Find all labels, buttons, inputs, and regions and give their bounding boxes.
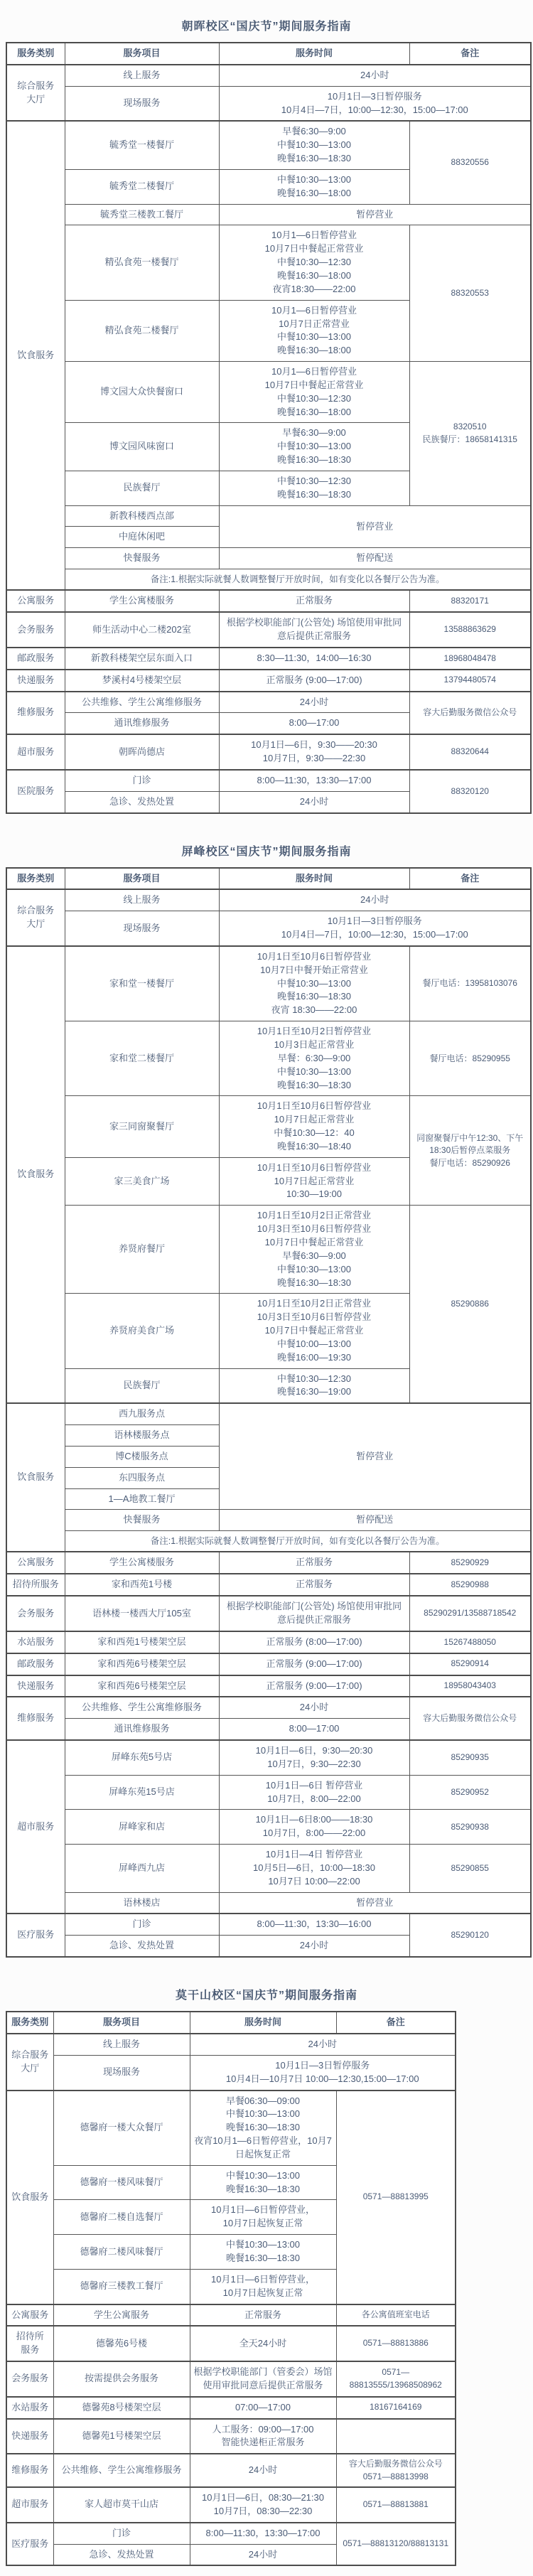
- service-time-cell: 中餐10:30—13:00 晚餐16:30—18:30: [190, 2235, 336, 2270]
- remark-cell: 8320510 民族餐厅：18658141315: [409, 362, 531, 506]
- service-time-cell: 10月1日至10月6日暂停营业 10月7日起正常营业 中餐10:30—12：40…: [219, 1096, 409, 1157]
- service-item-cell: 家和西苑6号楼架空层: [65, 1675, 219, 1697]
- service-item-cell: 毓秀堂三楼教工餐厅: [65, 204, 219, 225]
- zhaohui-table-title: 朝晖校区“国庆节”期间服务指南: [6, 17, 527, 33]
- remark-cell: 容大后勤服务微信公众号 0571—88813998: [336, 2454, 456, 2487]
- service-time-cell: 8:00—17:00: [219, 1719, 409, 1740]
- campus-section-pingfeng: 屏峰校区“国庆节”期间服务指南 服务类别服务项目服务时间备注综合服务 大厅线上服…: [6, 842, 533, 1958]
- header-cell: 备注: [336, 2012, 456, 2034]
- service-time-cell: 10月1日—3日暂停服务 10月4日—7日，10:00—12:30，15:00—…: [219, 911, 531, 946]
- category-cell: 医院服务: [6, 770, 65, 813]
- header-cell: 服务时间: [219, 43, 409, 65]
- service-item-cell: 德馨苑6号楼: [53, 2326, 190, 2361]
- service-time-cell: 中餐10:30—13:00 晚餐16:30—18:30: [190, 2165, 336, 2200]
- service-time-cell: 暂停营业: [219, 1892, 531, 1914]
- remark-cell: 85290914: [409, 1653, 531, 1675]
- service-item-cell: 毓秀堂一楼餐厅: [65, 121, 219, 169]
- moganshan-service-table: 服务类别服务项目服务时间备注综合服务 大厅线上服务24小时现场服务10月1日—3…: [6, 2011, 456, 2566]
- pingfeng-table-title: 屏峰校区“国庆节”期间服务指南: [6, 842, 527, 859]
- category-cell: 会务服务: [6, 612, 65, 648]
- remark-cell: 88320556: [409, 121, 531, 204]
- service-item-cell: 新教科楼架空层东面入口: [65, 648, 219, 670]
- header-cell: 服务项目: [53, 2012, 190, 2034]
- service-time-cell: 10月1日—3日暂停服务 10月4日—7日，10:00—12:30，15:00—…: [219, 86, 531, 121]
- service-item-cell: 朝晖尚德店: [65, 734, 219, 770]
- category-cell: 快递服务: [6, 1675, 65, 1697]
- service-item-cell: 公共维修、学生公寓维修服务: [65, 692, 219, 713]
- remark-cell: 85290938: [409, 1810, 531, 1845]
- service-item-cell: 中庭休闲吧: [65, 527, 219, 548]
- service-item-cell: 德馨府一楼大众餐厅: [53, 2091, 190, 2166]
- service-time-cell: 24小时: [219, 889, 531, 911]
- service-time-cell: 10月1日—6日，9:30——20:30 10月7日，9:30——22:30: [219, 734, 409, 770]
- service-item-cell: 家和西苑1号楼架空层: [65, 1631, 219, 1653]
- service-time-cell: 正常服务: [219, 590, 409, 612]
- service-time-cell: 10月1日—6日8:00——18:30 10月7日，8:00——22:00: [219, 1810, 409, 1845]
- remark-cell: [336, 2419, 456, 2454]
- remark-cell: 88320644: [409, 734, 531, 770]
- remark-cell: 容大后勤服务微信公众号: [409, 1697, 531, 1740]
- remark-cell: 85290886: [409, 1206, 531, 1403]
- service-time-cell: 24小时: [190, 2454, 336, 2487]
- remark-cell: 同窗聚餐厅中午12:30、下午18:30后暂停点菜服务 餐厅电话：8529092…: [409, 1096, 531, 1206]
- service-item-cell: 公共维修、学生公寓维修服务: [65, 1697, 219, 1718]
- category-cell: 会务服务: [6, 2361, 53, 2397]
- service-item-cell: 养贤府餐厅: [65, 1206, 219, 1294]
- service-time-cell: 24小时: [219, 791, 409, 812]
- service-item-cell: 屏峰家和店: [65, 1810, 219, 1845]
- service-item-cell: 博C楼服务点: [65, 1446, 219, 1467]
- category-cell: 超市服务: [6, 2487, 53, 2523]
- service-time-cell: 暂停配送: [219, 1510, 531, 1531]
- service-item-cell: 师生活动中心二楼202室: [65, 612, 219, 648]
- service-time-cell: 正常服务 (8:00—17:00): [219, 1631, 409, 1653]
- remark-cell: 88320553: [409, 225, 531, 362]
- service-item-cell: 精弘食苑二楼餐厅: [65, 300, 219, 361]
- service-time-cell: 10月1日—6日，08:30—21:30 10月7日，08:30—22:30: [190, 2487, 336, 2523]
- service-time-cell: 暂停配送: [219, 548, 531, 569]
- remark-cell: 0571—88813886: [336, 2326, 456, 2361]
- service-item-cell: 东四服务点: [65, 1467, 219, 1488]
- category-cell: 招待所服务: [6, 1574, 65, 1596]
- service-time-cell: 8:00—11:30，13:30—17:00: [219, 770, 409, 791]
- service-time-cell: 早餐06:30—09:00 中餐10:30—13:00 晚餐16:30—18:3…: [190, 2091, 336, 2166]
- category-cell: 饮食服务: [6, 1403, 65, 1552]
- service-time-cell: 中餐10:30—12:30 晚餐16:30—19:00: [219, 1368, 409, 1403]
- service-item-cell: 家三美食广场: [65, 1157, 219, 1206]
- category-cell: 水站服务: [6, 2397, 53, 2419]
- service-item-cell: 学生公寓服务: [53, 2304, 190, 2327]
- category-cell: 综合服务 大厅: [6, 65, 65, 122]
- service-item-cell: 民族餐厅: [65, 1368, 219, 1403]
- remark-cell: 18958043403: [409, 1675, 531, 1697]
- service-time-cell: 早餐6:30—9:00 中餐10:30—13:00 晚餐16:30—18:30: [219, 423, 409, 471]
- service-item-cell: 门诊: [53, 2523, 190, 2544]
- service-item-cell: 德馨府二楼风味餐厅: [53, 2235, 190, 2270]
- service-item-cell: 德馨府一楼风味餐厅: [53, 2165, 190, 2200]
- service-item-cell: 家和堂一楼餐厅: [65, 946, 219, 1021]
- service-time-cell: 10月1日—6日暂停营业， 10月7日起恢复正常: [190, 2269, 336, 2304]
- service-time-cell: 正常服务 (9:00—17:00): [219, 670, 409, 692]
- remark-cell: 85290120: [409, 1914, 531, 1957]
- category-cell: 医疗服务: [6, 2523, 53, 2566]
- service-item-cell: 家和西苑6号楼架空层: [65, 1653, 219, 1675]
- category-cell: 饮食服务: [6, 121, 65, 590]
- category-cell: 维修服务: [6, 1697, 65, 1740]
- service-item-cell: 通讯维修服务: [65, 713, 219, 734]
- service-item-cell: 1—A地教工餐厅: [65, 1488, 219, 1510]
- service-item-cell: 家人超市莫干山店: [53, 2487, 190, 2523]
- footnote-cell: 备注:1.根据实际就餐人数调整餐厅开放时间，如有变化以各餐厅公告为准。: [65, 1531, 531, 1552]
- service-item-cell: 按需提供会务服务: [53, 2361, 190, 2397]
- category-cell: 公寓服务: [6, 2304, 53, 2327]
- service-item-cell: 西九服务点: [65, 1403, 219, 1424]
- remark-cell: 88320171: [409, 590, 531, 612]
- pingfeng-service-table: 服务类别服务项目服务时间备注综合服务 大厅线上服务24小时现场服务10月1日—3…: [6, 867, 532, 1958]
- service-time-cell: 正常服务 (9:00—17:00): [219, 1675, 409, 1697]
- service-time-cell: 中餐10:30—13:00 晚餐16:30—18:00: [219, 169, 409, 204]
- service-item-cell: 精弘食苑一楼餐厅: [65, 225, 219, 300]
- service-item-cell: 线上服务: [53, 2034, 190, 2055]
- service-time-cell: 10月1日至10月2日正常营业 10月3日至10月6日暂停营业 10月7日中餐起…: [219, 1206, 409, 1294]
- service-item-cell: 语林楼一楼西大厅105室: [65, 1596, 219, 1631]
- service-item-cell: 语林楼店: [65, 1892, 219, 1914]
- service-item-cell: 屏峰东苑15号店: [65, 1775, 219, 1810]
- header-cell: 服务时间: [190, 2012, 336, 2034]
- category-cell: 维修服务: [6, 2454, 53, 2487]
- service-time-cell: 24小时: [190, 2544, 336, 2565]
- header-cell: 服务时间: [219, 868, 409, 890]
- service-time-cell: 10月1—6日暂停营业 10月7日中餐起正常营业 中餐10:30—12:30 晚…: [219, 362, 409, 423]
- category-cell: 饮食服务: [6, 946, 65, 1403]
- service-guide-page: 朝晖校区“国庆节”期间服务指南 服务类别服务项目服务时间备注综合服务 大厅线上服…: [0, 0, 533, 2576]
- remark-cell: 18167164169: [336, 2397, 456, 2419]
- service-time-cell: 10月1—6日暂停营业 10月7日正常营业 中餐10:30—13:00 晚餐16…: [219, 300, 409, 361]
- service-item-cell: 急诊、发热处置: [65, 1936, 219, 1957]
- remark-cell: 85290291/13588718542: [409, 1596, 531, 1631]
- category-cell: 维修服务: [6, 692, 65, 735]
- service-time-cell: 24小时: [219, 1936, 409, 1957]
- campus-section-moganshan: 莫干山校区“国庆节”期间服务指南 服务类别服务项目服务时间备注综合服务 大厅线上…: [6, 1986, 533, 2566]
- service-time-cell: 10月1日至10月2日正常营业 10月3日至10月6日暂停营业 10月7日中餐起…: [219, 1294, 409, 1368]
- service-time-cell: 正常服务: [190, 2304, 336, 2327]
- category-cell: 邮政服务: [6, 648, 65, 670]
- service-item-cell: 屏峰东苑5号店: [65, 1740, 219, 1775]
- header-cell: 服务类别: [6, 2012, 53, 2034]
- service-time-cell: 24小时: [219, 692, 409, 713]
- category-cell: 超市服务: [6, 1740, 65, 1914]
- category-cell: 医疗服务: [6, 1914, 65, 1957]
- service-time-cell: 10月1日—6日，9:30—20:30 10月7日，9:30—22:30: [219, 1740, 409, 1775]
- category-cell: 饮食服务: [6, 2091, 53, 2304]
- category-cell: 水站服务: [6, 1631, 65, 1653]
- remark-cell: 88320120: [409, 770, 531, 813]
- campus-section-zhaohui: 朝晖校区“国庆节”期间服务指南 服务类别服务项目服务时间备注综合服务 大厅线上服…: [6, 17, 533, 814]
- service-item-cell: 线上服务: [65, 65, 219, 86]
- remark-cell: 85290952: [409, 1775, 531, 1810]
- service-item-cell: 梦溪村4号楼架空层: [65, 670, 219, 692]
- service-item-cell: 养贤府美食广场: [65, 1294, 219, 1368]
- service-time-cell: 8:00—11:30，13:30—17:00: [190, 2523, 336, 2544]
- category-cell: 公寓服务: [6, 1552, 65, 1574]
- service-item-cell: 现场服务: [65, 86, 219, 121]
- service-time-cell: 暂停营业: [219, 505, 531, 548]
- service-time-cell: 暂停营业: [219, 204, 531, 225]
- service-item-cell: 急诊、发热处置: [53, 2544, 190, 2565]
- service-item-cell: 线上服务: [65, 889, 219, 911]
- service-item-cell: 通讯维修服务: [65, 1719, 219, 1740]
- category-cell: 超市服务: [6, 734, 65, 770]
- service-time-cell: 24小时: [190, 2034, 456, 2055]
- service-time-cell: 10月1日—4日 暂停营业 10月5日—6日，10:00—18:30 10月7日…: [219, 1845, 409, 1893]
- service-item-cell: 门诊: [65, 1914, 219, 1935]
- service-item-cell: 门诊: [65, 770, 219, 791]
- service-time-cell: 全天24小时: [190, 2326, 336, 2361]
- remark-cell: 85290855: [409, 1845, 531, 1893]
- category-cell: 综合服务 大厅: [6, 889, 65, 946]
- header-cell: 服务类别: [6, 43, 65, 65]
- moganshan-table-title: 莫干山校区“国庆节”期间服务指南: [6, 1986, 527, 2002]
- category-cell: 综合服务 大厅: [6, 2034, 53, 2091]
- service-item-cell: 德馨府三楼教工餐厅: [53, 2269, 190, 2304]
- category-cell: 会务服务: [6, 1596, 65, 1631]
- remark-cell: 0571—88813995: [336, 2091, 456, 2304]
- service-item-cell: 家和西苑1号楼: [65, 1574, 219, 1596]
- category-cell: 邮政服务: [6, 1653, 65, 1675]
- zhaohui-service-table: 服务类别服务项目服务时间备注综合服务 大厅线上服务24小时现场服务10月1日—3…: [6, 42, 532, 814]
- category-cell: 快递服务: [6, 2419, 53, 2454]
- service-time-cell: 10月1日—6日暂停营业， 10月7日起恢复正常: [190, 2200, 336, 2235]
- service-time-cell: 正常服务: [219, 1552, 409, 1574]
- service-item-cell: 学生公寓楼服务: [65, 1552, 219, 1574]
- service-item-cell: 快餐服务: [65, 1510, 219, 1531]
- service-time-cell: 10月1日至10月6日暂停营业 10月7日中餐开始正常营业 中餐10:30—13…: [219, 946, 409, 1021]
- category-cell: 公寓服务: [6, 590, 65, 612]
- remark-cell: 85290935: [409, 1740, 531, 1775]
- service-time-cell: 暂停营业: [219, 1403, 531, 1510]
- service-time-cell: 10月1日至10月6日暂停营业 10月7日起正常营业 10:30—19:00: [219, 1157, 409, 1206]
- service-time-cell: 10月1日至10月2日暂停营业 10月3日起正常营业 早餐：6:30—9:00 …: [219, 1021, 409, 1096]
- remark-cell: 各公寓值班室电话: [336, 2304, 456, 2327]
- service-item-cell: 民族餐厅: [65, 471, 219, 505]
- service-time-cell: 8:30—11:30，14:00—16:30: [219, 648, 409, 670]
- service-time-cell: 10月1日—6日 暂停营业 10月7日，8:00—22:00: [219, 1775, 409, 1810]
- service-time-cell: 人工服务：09:00—17:00 智能快递柜正常服务: [190, 2419, 336, 2454]
- service-item-cell: 博文园风味窗口: [65, 423, 219, 471]
- service-item-cell: 公共维修、学生公寓维修服务: [53, 2454, 190, 2487]
- service-time-cell: 07:00—17:00: [190, 2397, 336, 2419]
- service-time-cell: 正常服务: [219, 1574, 409, 1596]
- service-item-cell: 学生公寓楼服务: [65, 590, 219, 612]
- category-cell: 招待所 服务: [6, 2326, 53, 2361]
- service-item-cell: 屏峰西九店: [65, 1845, 219, 1893]
- service-item-cell: 快餐服务: [65, 548, 219, 569]
- service-item-cell: 毓秀堂二楼餐厅: [65, 169, 219, 204]
- service-item-cell: 德馨苑1号楼架空层: [53, 2419, 190, 2454]
- service-time-cell: 8:00—11:30，13:30—16:00: [219, 1914, 409, 1935]
- service-time-cell: 10月1—6日暂停营业 10月7日中餐起正常营业 中餐10:30—12:30 晚…: [219, 225, 409, 300]
- service-time-cell: 24小时: [219, 1697, 409, 1718]
- service-time-cell: 10月1日—3日暂停服务 10月4日—10月7日 10:00—12:30,15:…: [190, 2055, 456, 2090]
- header-cell: 备注: [409, 43, 531, 65]
- service-item-cell: 语林楼服务点: [65, 1425, 219, 1447]
- service-item-cell: 现场服务: [53, 2055, 190, 2090]
- header-cell: 服务类别: [6, 868, 65, 890]
- service-item-cell: 德馨苑8号楼架空层: [53, 2397, 190, 2419]
- service-item-cell: 急诊、发热处置: [65, 791, 219, 812]
- remark-cell: 85290929: [409, 1552, 531, 1574]
- service-item-cell: 家和堂二楼餐厅: [65, 1021, 219, 1096]
- service-item-cell: 家三同窗聚餐厅: [65, 1096, 219, 1157]
- remark-cell: 0571—88813120/88813131: [336, 2523, 456, 2566]
- header-cell: 服务项目: [65, 868, 219, 890]
- service-time-cell: 早餐6:30—9:00 中餐10:30—13:00 晚餐16:30—18:30: [219, 121, 409, 169]
- service-time-cell: 根据学校职能部门(公管处) 场馆使用审批同意后提供正常服务: [219, 1596, 409, 1631]
- service-item-cell: 新教科楼西点部: [65, 505, 219, 527]
- remark-cell: 85290988: [409, 1574, 531, 1596]
- remark-cell: 0571—88813881: [336, 2487, 456, 2523]
- service-item-cell: 德馨府二楼自选餐厅: [53, 2200, 190, 2235]
- footnote-cell: 备注:1.根据实际就餐人数调整餐厅开放时间，如有变化以各餐厅公告为准。: [65, 569, 531, 591]
- header-cell: 服务项目: [65, 43, 219, 65]
- service-item-cell: 现场服务: [65, 911, 219, 946]
- header-cell: 备注: [409, 868, 531, 890]
- remark-cell: 餐厅电话：85290955: [409, 1021, 531, 1096]
- remark-cell: 容大后勤服务微信公众号: [409, 692, 531, 735]
- service-item-cell: 博文园大众快餐窗口: [65, 362, 219, 423]
- remark-cell: 13588863629: [409, 612, 531, 648]
- remark-cell: 15267488050: [409, 1631, 531, 1653]
- remark-cell: 0571—88813555/13968508962: [336, 2361, 456, 2397]
- service-time-cell: 根据学校职能部门（管委会）场馆使用审批同意后提供正常服务: [190, 2361, 336, 2397]
- category-cell: 快递服务: [6, 670, 65, 692]
- remark-cell: 餐厅电话：13958103076: [409, 946, 531, 1021]
- service-time-cell: 中餐10:30—12:30 晚餐16:30—18:30: [219, 471, 409, 505]
- service-time-cell: 8:00—17:00: [219, 713, 409, 734]
- service-time-cell: 正常服务 (9:00—17:00): [219, 1653, 409, 1675]
- service-time-cell: 24小时: [219, 65, 531, 86]
- remark-cell: 18968048478: [409, 648, 531, 670]
- remark-cell: 13794480574: [409, 670, 531, 692]
- service-time-cell: 根据学校职能部门(公管处) 场馆使用审批同意后提供正常服务: [219, 612, 409, 648]
